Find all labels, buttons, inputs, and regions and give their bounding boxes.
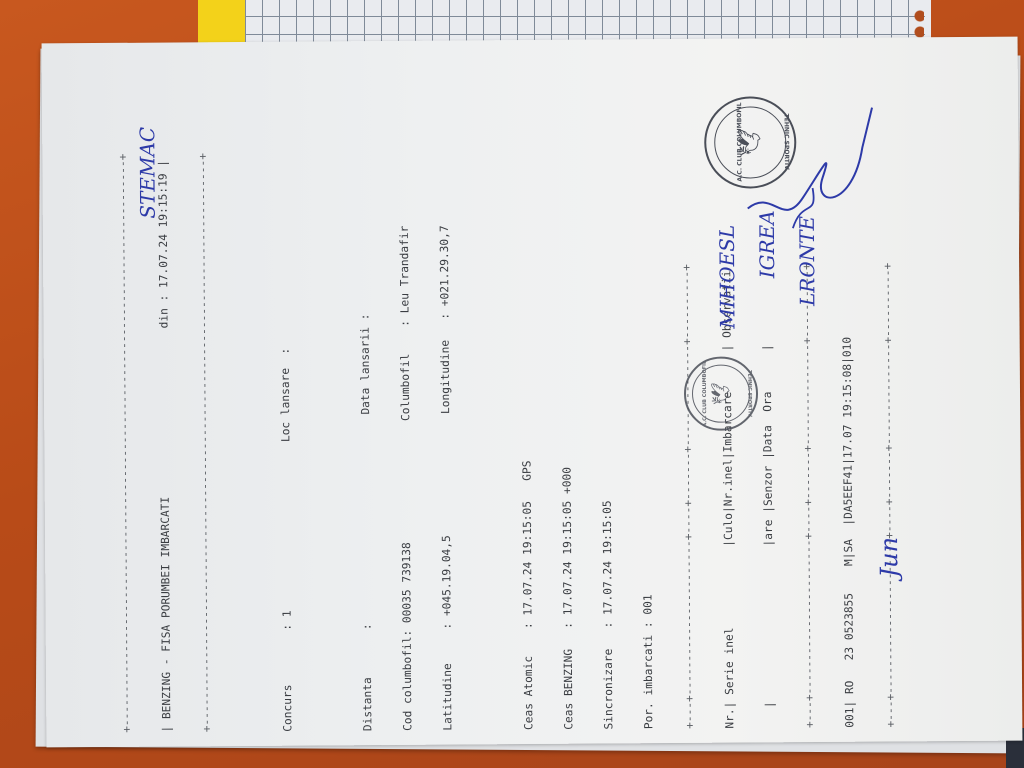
notebook-edge [902, 10, 924, 40]
pigeon-icon: 🕊 [710, 382, 731, 405]
stamp-text: A.C. CLUB COLUMBOFIL [702, 361, 708, 427]
latitudine-row: Latitudine : +045.19.04,5 Longitudine : … [437, 71, 455, 731]
stamp-subtext: TEHNIC SPORTIV [746, 370, 752, 417]
club-stamp-top: 🕊 A.C. CLUB COLUMBOFIL TEHNIC SPORTIV [704, 96, 797, 189]
divider: +---------------------------------------… [116, 73, 134, 733]
concurs-row: Concurs : 1 Loc lansare : [276, 72, 294, 732]
sincronizare-row: Sincronizare : 17.07.24 19:15:05 [598, 69, 616, 729]
handwritten-crescator-signature: Jun [875, 537, 903, 578]
stamp-text: A.C. CLUB COLUMBOFIL [736, 102, 744, 181]
distanta-row: Distanta : Data lansarii : [357, 71, 375, 731]
club-stamp-bottom: 🕊 A.C. CLUB COLUMBOFIL TEHNIC SPORTIV [684, 356, 759, 431]
boarding-sheet: +---------------------------------------… [42, 37, 1023, 748]
divider: +---------------------------------------… [196, 72, 214, 732]
handwritten-loc-lansare: STEMAC [135, 127, 160, 219]
stamp-subtext: TEHNIC SPORTIV [783, 114, 790, 170]
ceas-atomic-row: Ceas Atomic : 17.07.24 19:15:05 GPS [518, 70, 536, 730]
sheet-title: BENZING - FISA PORUMBEI IMBARCATI [159, 497, 174, 719]
cod-columbofil-row: Cod columbofil: 00035 739138 Columbofil … [397, 71, 415, 731]
por-imbarcati-row: Por. imbarcati : 001 [638, 69, 656, 729]
ceas-benzing-row: Ceas BENZING : 17.07.24 19:15:05 +000 [558, 70, 576, 730]
handwritten-commission-name-1: MIHOESL [715, 225, 740, 329]
